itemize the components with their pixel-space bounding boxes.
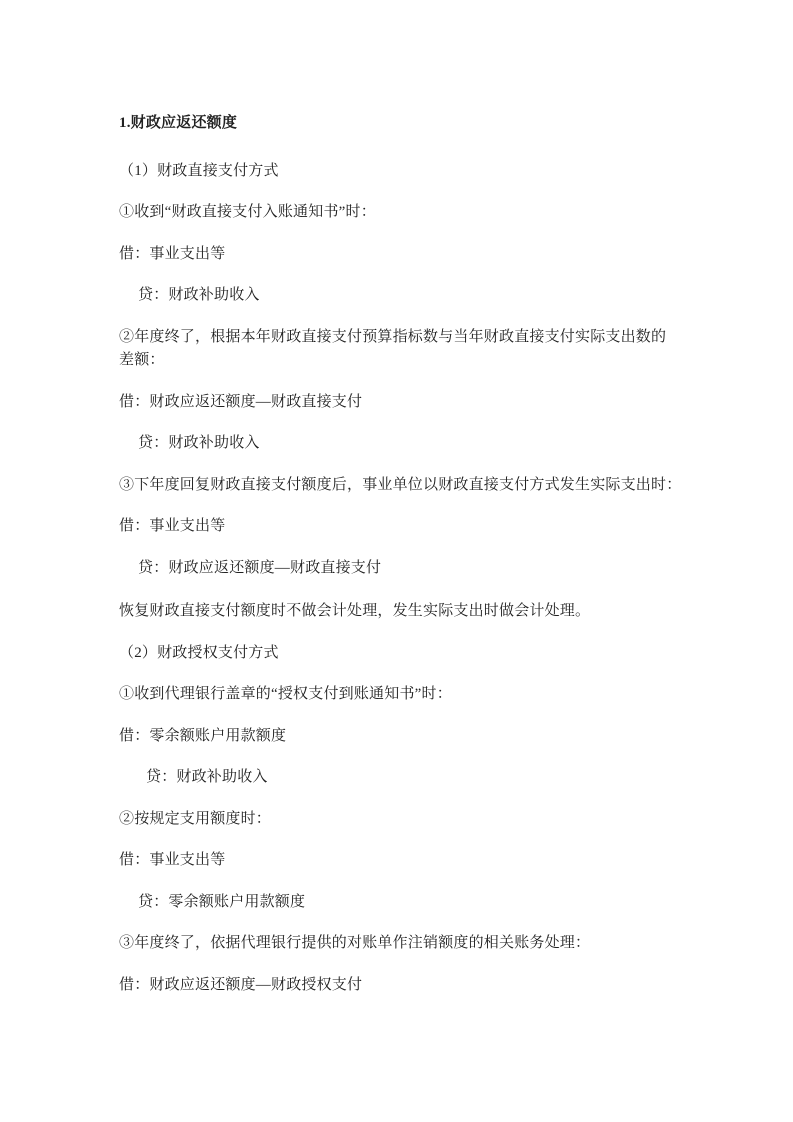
step-2-use-quota: ②按规定支用额度时： [119, 808, 719, 832]
note-paragraph: 恢复财政直接支付额度时不做会计处理，发生实际支出时做会计处理。 [119, 600, 719, 624]
journal-credit-line: 贷：财政补助收入 [119, 432, 719, 456]
step-1-receive-notice: ①收到“财政直接支付入账通知书”时： [119, 201, 719, 225]
journal-debit-line: 借：事业支出等 [119, 515, 719, 539]
journal-credit-line: 贷：财政补助收入 [119, 766, 719, 790]
journal-credit-line: 贷：财政补助收入 [119, 284, 719, 308]
step-3-year-end-writeoff: ③年度终了，依据代理银行提供的对账单作注销额度的相关账务处理： [119, 932, 719, 956]
journal-credit-line: 贷：财政应返还额度—财政直接支付 [119, 557, 719, 581]
subsection-2-title: （2）财政授权支付方式 [119, 642, 719, 666]
journal-debit-line: 借：零余额账户用款额度 [119, 725, 719, 749]
journal-credit-line: 贷：零余额账户用款额度 [119, 891, 719, 915]
step-3-next-year: ③下年度回复财政直接支付额度后，事业单位以财政直接支付方式发生实际支出时： [119, 474, 719, 498]
journal-debit-line: 借：事业支出等 [119, 849, 719, 873]
document-page: 1.财政应返还额度 （1）财政直接支付方式 ①收到“财政直接支付入账通知书”时：… [0, 0, 793, 1122]
step-2-year-end: ②年度终了，根据本年财政直接支付预算指标数与当年财政直接支付实际支出数的 差额： [119, 326, 719, 373]
journal-debit-line: 借：事业支出等 [119, 243, 719, 267]
section-heading: 1.财政应返还额度 [119, 112, 719, 136]
document-content: 1.财政应返还额度 （1）财政直接支付方式 ①收到“财政直接支付入账通知书”时：… [119, 112, 719, 1015]
journal-debit-line: 借：财政应返还额度—财政授权支付 [119, 974, 719, 998]
step-1-authorized-notice: ①收到代理银行盖章的“授权支付到账通知书”时： [119, 683, 719, 707]
subsection-1-title: （1）财政直接支付方式 [119, 160, 719, 184]
journal-debit-line: 借：财政应返还额度—财政直接支付 [119, 391, 719, 415]
